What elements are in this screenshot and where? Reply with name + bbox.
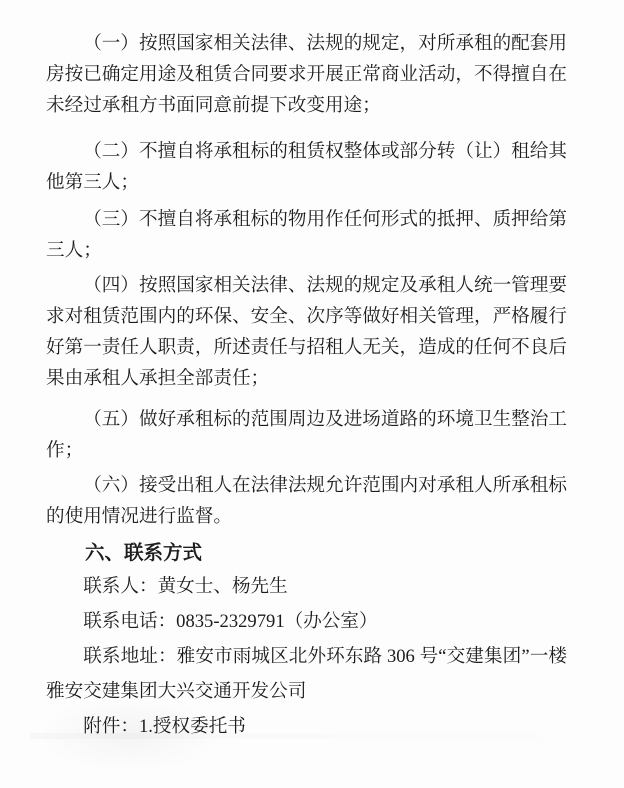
- clause-4: （四）按照国家相关法律、法规的规定及承租人统一管理要求对租赁范围内的环保、安全、…: [46, 270, 567, 394]
- contact-person-line: 联系人：黄女士、杨先生: [46, 569, 567, 604]
- document-body: （一）按照国家相关法律、法规的规定，对所承租的配套用房按已确定用途及租赁合同要求…: [46, 28, 567, 744]
- contact-address-line: 联系地址：雅安市雨城区北外环东路 306 号“交建集团”一楼雅安交建集团大兴交通…: [46, 639, 567, 709]
- attachment-line: 附件：1.授权委托书: [46, 709, 567, 744]
- clause-5: （五）做好承租标的范围周边及进场道路的环境卫生整治工作；: [46, 404, 567, 466]
- clause-2: （二）不擅自将承租标的租赁权整体或部分转（让）租给其他第三人；: [46, 136, 567, 198]
- contact-phone-line: 联系电话：0835-2329791（办公室）: [46, 604, 567, 639]
- clause-6: （六）接受出租人在法律法规允许范围内对承租人所承租标的使用情况进行监督。: [46, 470, 567, 532]
- clause-1: （一）按照国家相关法律、法规的规定，对所承租的配套用房按已确定用途及租赁合同要求…: [46, 28, 567, 121]
- contact-section-heading: 六、联系方式: [46, 538, 567, 569]
- clause-3: （三）不擅自将承租标的物用作任何形式的抵押、质押给第三人；: [46, 204, 567, 266]
- scanned-document-page: （一）按照国家相关法律、法规的规定，对所承租的配套用房按已确定用途及租赁合同要求…: [0, 0, 624, 788]
